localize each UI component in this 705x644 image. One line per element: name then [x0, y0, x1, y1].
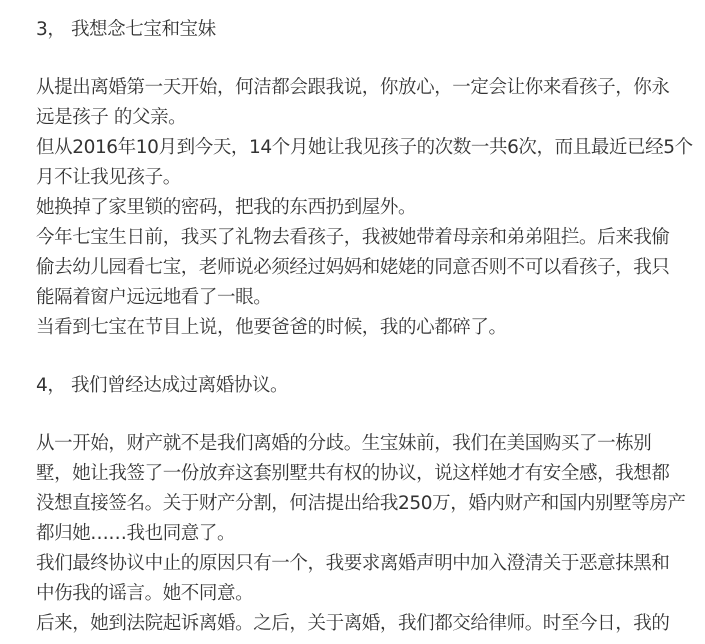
- paragraph-line: 都归她……我也同意了。: [36, 519, 669, 549]
- section-heading: 3， 我想念七宝和宝妹: [36, 15, 669, 45]
- article-body: 3， 我想念七宝和宝妹 从提出离婚第一天开始，何洁都会跟我说，你放心，一定会让你…: [0, 0, 705, 639]
- paragraph-line: 但从2016年10月到今天，14个月她让我见孩子的次数一共6次，而且最近已经5个: [36, 133, 669, 163]
- spacer: [36, 45, 669, 73]
- paragraph-line: 远是孩子 的父亲。: [36, 103, 669, 133]
- paragraph-line: 后来，她到法院起诉离婚。之后，关于离婚，我们都交给律师。时至今日，我的: [36, 609, 669, 639]
- paragraph-line: 中伤我的谣言。她不同意。: [36, 579, 669, 609]
- paragraph-line: 偷去幼儿园看七宝，老师说必须经过妈妈和姥姥的同意否则不可以看孩子，我只: [36, 253, 669, 283]
- paragraph-line: 能隔着窗户远远地看了一眼。: [36, 283, 669, 313]
- paragraph-line: 当看到七宝在节目上说，他要爸爸的时候，我的心都碎了。: [36, 313, 669, 343]
- paragraph-line: 她换掉了家里锁的密码，把我的东西扔到屋外。: [36, 193, 669, 223]
- paragraph-line: 没想直接签名。关于财产分割，何洁提出给我250万，婚内财产和国内别墅等房产: [36, 489, 669, 519]
- paragraph-line: 今年七宝生日前，我买了礼物去看孩子，我被她带着母亲和弟弟阻拦。后来我偷: [36, 223, 669, 253]
- spacer: [36, 401, 669, 429]
- spacer: [36, 343, 669, 371]
- paragraph-line: 从提出离婚第一天开始，何洁都会跟我说，你放心，一定会让你来看孩子，你永: [36, 73, 669, 103]
- paragraph-line: 我们最终协议中止的原因只有一个，我要求离婚声明中加入澄清关于恶意抹黑和: [36, 549, 669, 579]
- paragraph-line: 墅，她让我签了一份放弃这套别墅共有权的协议，说这样她才有安全感，我想都: [36, 459, 669, 489]
- paragraph-line: 月不让我见孩子。: [36, 163, 669, 193]
- section-heading: 4， 我们曾经达成过离婚协议。: [36, 371, 669, 401]
- paragraph-line: 从一开始，财产就不是我们离婚的分歧。生宝妹前，我们在美国购买了一栋别: [36, 429, 669, 459]
